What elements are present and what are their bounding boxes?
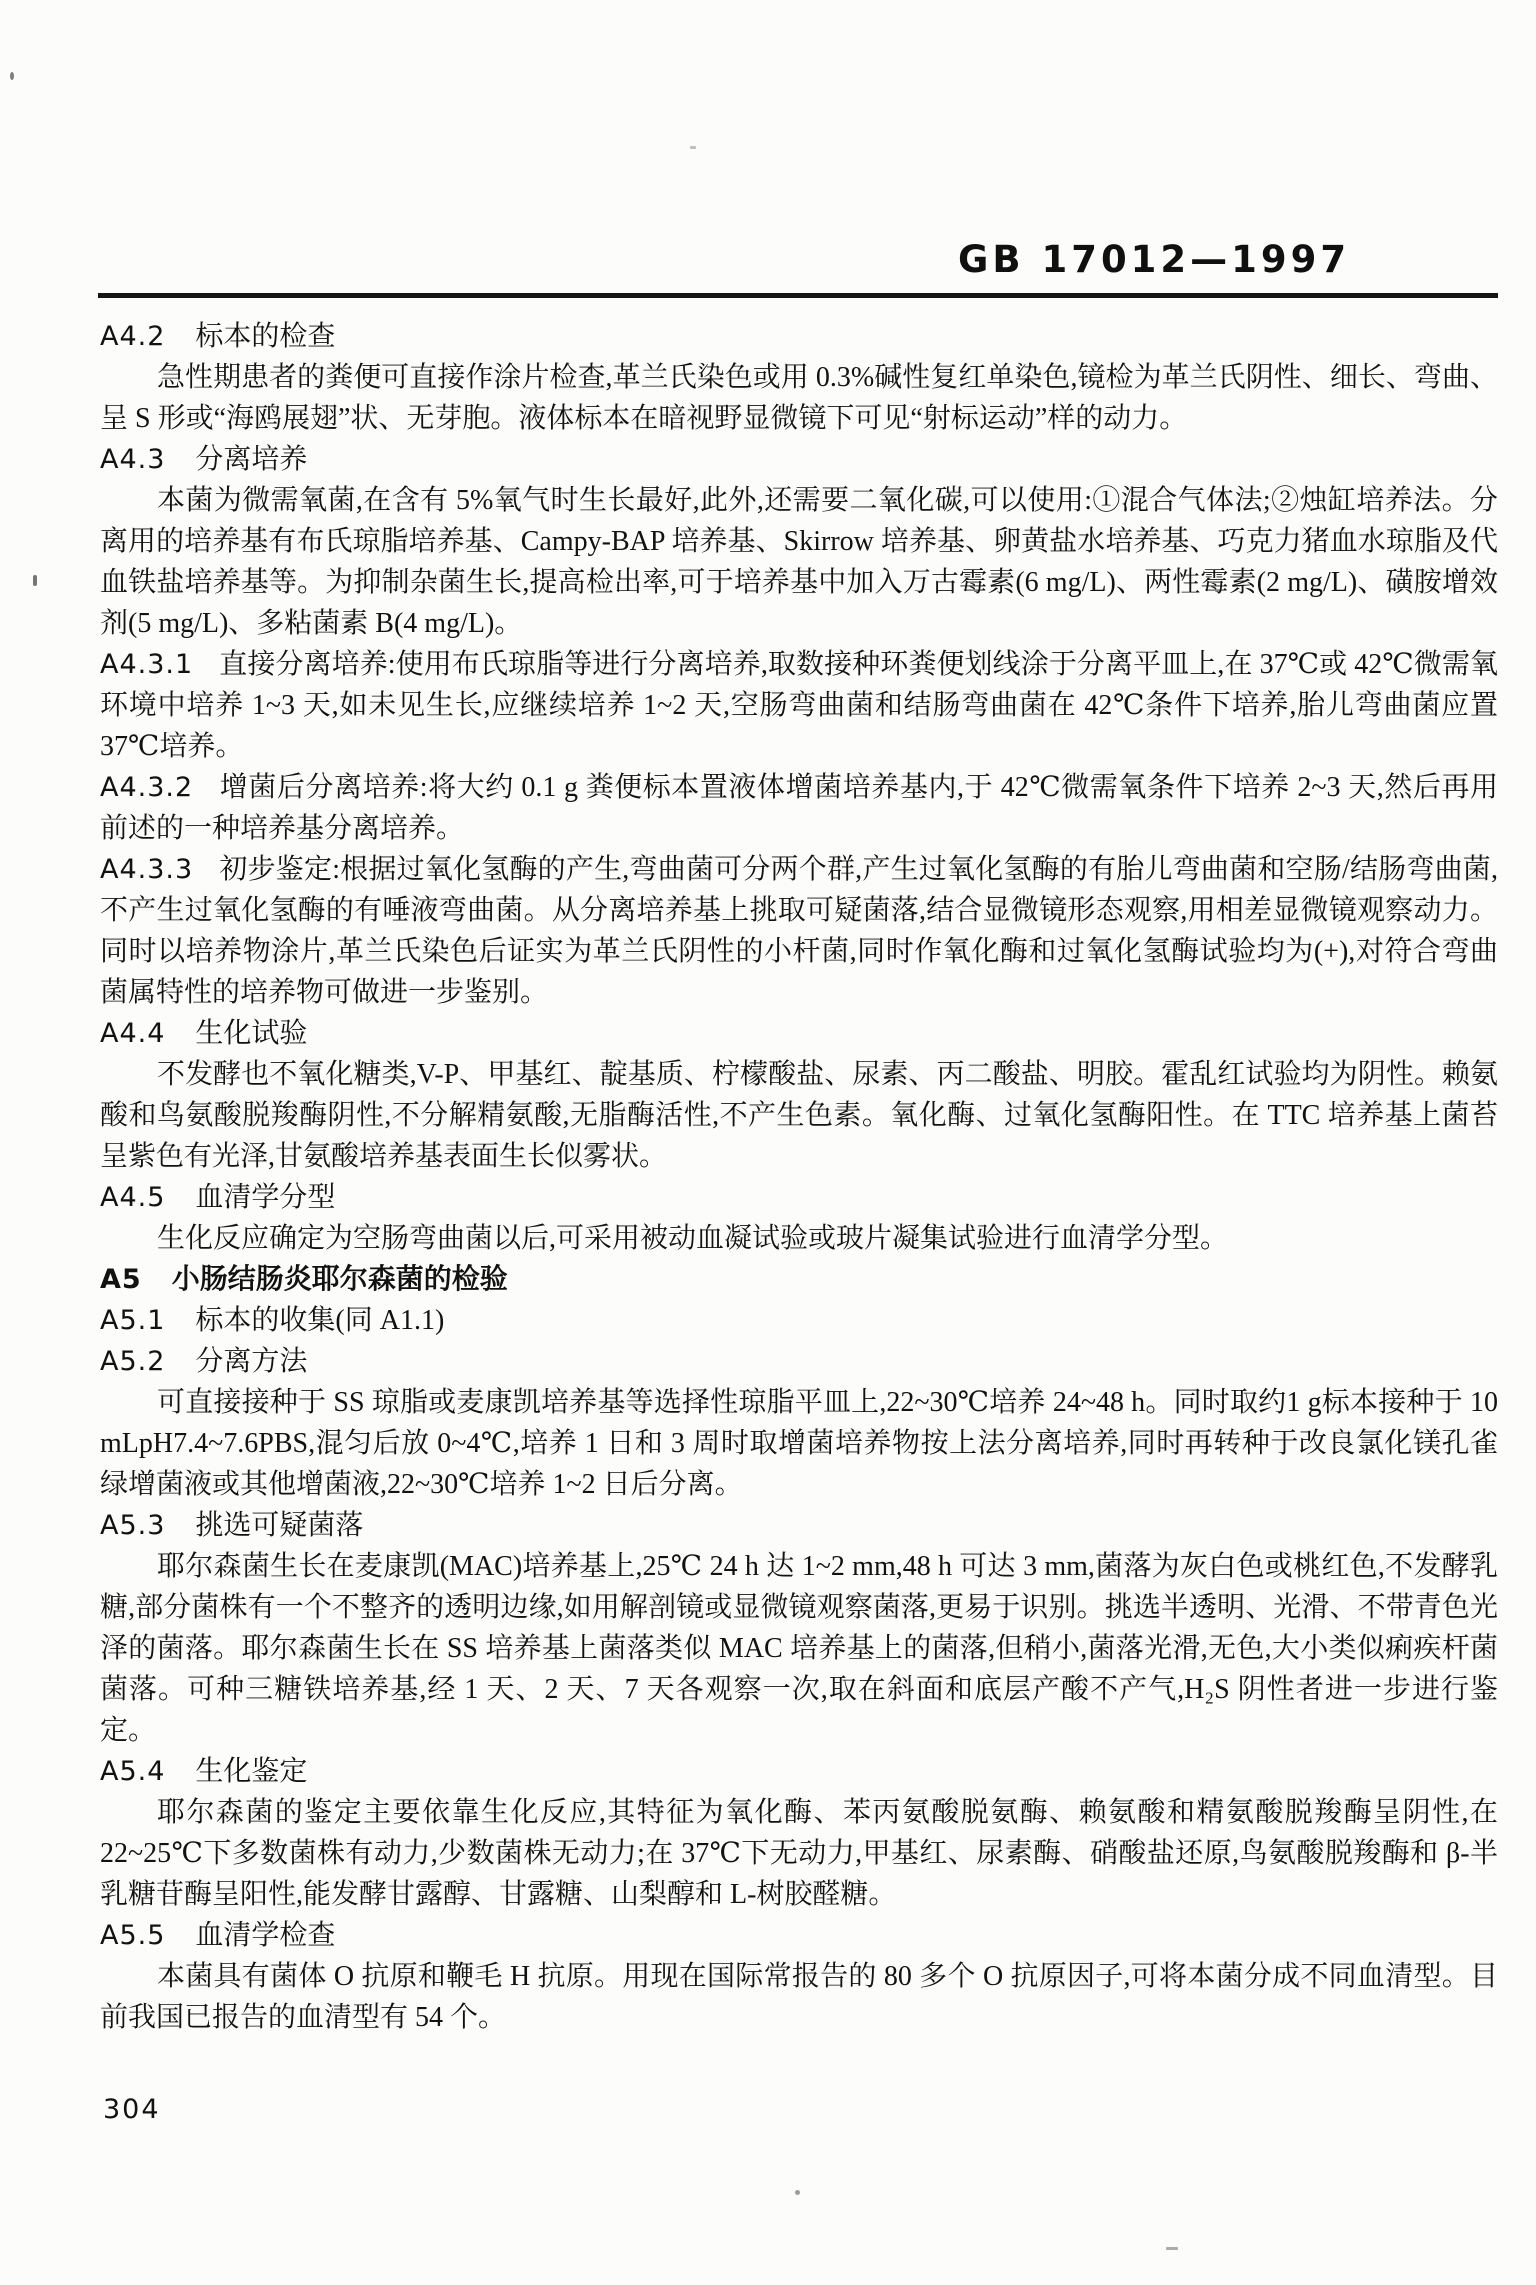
section-heading-a5-5: A5.5血清学检查 xyxy=(100,1915,1498,1956)
section-number: A5.5 xyxy=(100,1920,165,1951)
section-text: 增菌后分离培养:将大约 0.1 g 粪便标本置液体增菌培养基内,于 42℃微需氧… xyxy=(100,772,1498,844)
section-heading-a4-4: A4.4生化试验 xyxy=(100,1013,1498,1054)
scan-speck xyxy=(795,2190,800,2195)
paragraph: 可直接接种于 SS 琼脂或麦康凯培养基等选择性琼脂平皿上,22~30℃培养 24… xyxy=(100,1382,1498,1505)
section-number: A5.2 xyxy=(100,1346,165,1377)
section-text: 直接分离培养:使用布氏琼脂等进行分离培养,取数接种环粪便划线涂于分离平皿上,在 … xyxy=(100,649,1498,762)
scan-speck xyxy=(33,575,37,586)
section-heading-a5-1: A5.1标本的收集(同 A1.1) xyxy=(100,1300,1498,1341)
section-number: A4.4 xyxy=(100,1018,165,1049)
chapter-heading-a5: A5小肠结肠炎耶尔森菌的检验 xyxy=(100,1259,1498,1300)
section-title: 标本的收集(同 A1.1) xyxy=(195,1305,444,1336)
section-title: 血清学检查 xyxy=(195,1920,335,1951)
section-number: A4.2 xyxy=(100,321,165,352)
section-number: A4.3.3 xyxy=(100,854,193,885)
header-rule xyxy=(98,293,1498,298)
document-content: A4.2标本的检查 急性期患者的粪便可直接作涂片检查,革兰氏染色或用 0.3%碱… xyxy=(100,316,1498,2038)
section-number: A4.5 xyxy=(100,1182,165,1213)
section-title: 分离方法 xyxy=(195,1346,307,1377)
document-page: GB 17012—1997 A4.2标本的检查 急性期患者的粪便可直接作涂片检查… xyxy=(0,0,1536,2285)
paragraph: 本菌为微需氧菌,在含有 5%氧气时生长最好,此外,还需要二氧化碳,可以使用:①混… xyxy=(100,480,1498,644)
section-number: A5.4 xyxy=(100,1756,165,1787)
paragraph: 耶尔森菌的鉴定主要依靠生化反应,其特征为氧化酶、苯丙氨酸脱氨酶、赖氨酸和精氨酸脱… xyxy=(100,1792,1498,1915)
section-number: A4.3.2 xyxy=(100,772,193,803)
scan-speck xyxy=(10,72,14,80)
section-heading-a5-2: A5.2分离方法 xyxy=(100,1341,1498,1382)
paragraph: 急性期患者的粪便可直接作涂片检查,革兰氏染色或用 0.3%碱性复红单染色,镜检为… xyxy=(100,357,1498,439)
section-heading-a4-2: A4.2标本的检查 xyxy=(100,316,1498,357)
section-number: A5.3 xyxy=(100,1510,165,1541)
section-paragraph-a4-3-3: A4.3.3初步鉴定:根据过氧化氢酶的产生,弯曲菌可分两个群,产生过氧化氢酶的有… xyxy=(100,849,1498,1013)
section-number: A4.3.1 xyxy=(100,649,193,680)
section-heading-a4-5: A4.5血清学分型 xyxy=(100,1177,1498,1218)
section-heading-a4-3: A4.3分离培养 xyxy=(100,439,1498,480)
section-number: A5.1 xyxy=(100,1305,165,1336)
section-number: A4.3 xyxy=(100,444,165,475)
section-title: 生化鉴定 xyxy=(195,1756,307,1787)
paragraph: 本菌具有菌体 O 抗原和鞭毛 H 抗原。用现在国际常报告的 80 多个 O 抗原… xyxy=(100,1956,1498,2038)
paragraph: 生化反应确定为空肠弯曲菌以后,可采用被动血凝试验或玻片凝集试验进行血清学分型。 xyxy=(100,1218,1498,1259)
scan-speck xyxy=(690,146,696,149)
section-title: 生化试验 xyxy=(195,1018,307,1049)
section-title: 分离培养 xyxy=(195,444,307,475)
paragraph: 不发酵也不氧化糖类,V-P、甲基红、靛基质、柠檬酸盐、尿素、丙二酸盐、明胶。霍乱… xyxy=(100,1054,1498,1177)
section-title: 血清学分型 xyxy=(195,1182,335,1213)
section-title: 小肠结肠炎耶尔森菌的检验 xyxy=(172,1264,508,1295)
section-heading-a5-4: A5.4生化鉴定 xyxy=(100,1751,1498,1792)
section-paragraph-a4-3-1: A4.3.1直接分离培养:使用布氏琼脂等进行分离培养,取数接种环粪便划线涂于分离… xyxy=(100,644,1498,767)
section-text: 初步鉴定:根据过氧化氢酶的产生,弯曲菌可分两个群,产生过氧化氢酶的有胎儿弯曲菌和… xyxy=(100,854,1498,1008)
section-number: A5 xyxy=(100,1264,142,1295)
paragraph: 耶尔森菌生长在麦康凯(MAC)培养基上,25℃ 24 h 达 1~2 mm,48… xyxy=(100,1546,1498,1751)
page-number: 304 xyxy=(103,2094,161,2125)
section-title: 标本的检查 xyxy=(195,321,335,352)
scan-speck xyxy=(1166,2247,1178,2250)
section-title: 挑选可疑菌落 xyxy=(195,1510,363,1541)
standard-number: GB 17012—1997 xyxy=(958,238,1350,281)
section-heading-a5-3: A5.3挑选可疑菌落 xyxy=(100,1505,1498,1546)
section-paragraph-a4-3-2: A4.3.2增菌后分离培养:将大约 0.1 g 粪便标本置液体增菌培养基内,于 … xyxy=(100,767,1498,849)
